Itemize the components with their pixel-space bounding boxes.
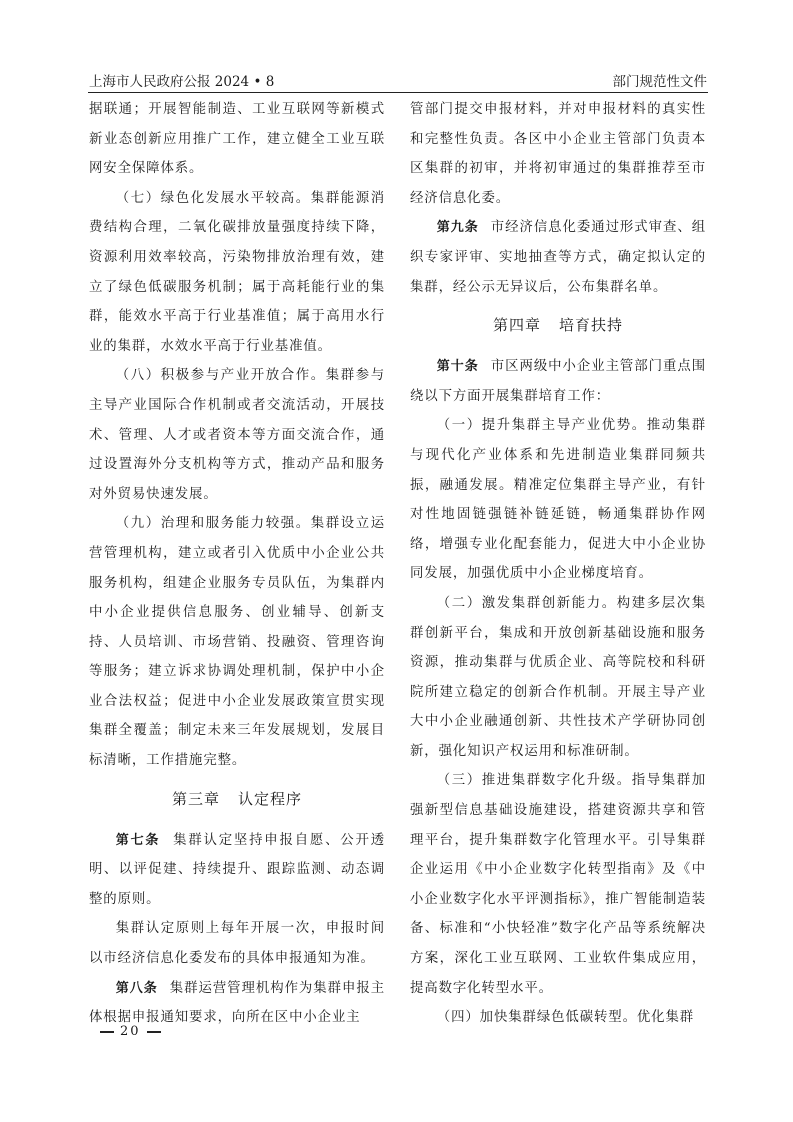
article-9: 第九条市经济信息化委通过形式审查、组织专家评审、实地抽查等方式，确定拟认定的集群… — [410, 213, 706, 302]
article-label: 第九条 — [437, 220, 479, 235]
paragraph-item-9: （九）治理和服务能力较强。集群设立运营管理机构，建立或者引入优质中小企业公共服务… — [89, 509, 385, 775]
paragraph-item-2: （二）激发集群创新能力。构建多层次集群创新平台，集成和开放创新基础设施和服务资源… — [410, 589, 706, 767]
left-column: 据联通；开展智能制造、工业互联网等新模式新业态创新应用推广工作，建立健全工业互联… — [89, 95, 385, 1033]
paragraph: 管部门提交申报材料，并对申报材料的真实性和完整性负责。各区中小企业主管部门负责本… — [410, 95, 706, 213]
article-label: 第八条 — [116, 981, 158, 996]
paragraph-item-3: （三）推进集群数字化升级。指导集群加强新型信息基础设施建设，搭建资源共享和管理平… — [410, 766, 706, 1003]
header-rule — [88, 92, 708, 93]
right-column: 管部门提交申报材料，并对申报材料的真实性和完整性负责。各区中小企业主管部门负责本… — [410, 95, 706, 1033]
paragraph: 据联通；开展智能制造、工业互联网等新模式新业态创新应用推广工作，建立健全工业互联… — [89, 95, 385, 184]
paragraph-item-8: （八）积极参与产业开放合作。集群参与主导产业国际合作机制或者交流活动，开展技术、… — [89, 361, 385, 509]
chapter-title: 培育扶持 — [559, 316, 623, 334]
paragraph-item-7: （七）绿色化发展水平较高。集群能源消费结构合理，二氧化碳排放量强度持续下降，资源… — [89, 184, 385, 362]
publication-title: 上海市人民政府公报 2024 • 8 — [89, 70, 274, 90]
article-10: 第十条市区两级中小企业主管部门重点围绕以下方面开展集群培育工作： — [410, 352, 706, 411]
article-label: 第十条 — [437, 359, 479, 374]
running-header: 上海市人民政府公报 2024 • 8 部门规范性文件 — [89, 66, 707, 92]
dash-decoration — [147, 1031, 161, 1033]
chapter-number: 第四章 — [493, 316, 541, 334]
paragraph-item-1: （一）提升集群主导产业优势。推动集群与现代化产业体系和先进制造业集群同频共振，融… — [410, 411, 706, 589]
chapter-number: 第三章 — [172, 790, 220, 808]
dash-decoration — [100, 1031, 114, 1033]
page-number-text: 20 — [120, 1024, 141, 1039]
article-label: 第七条 — [116, 833, 160, 848]
chapter-title: 认定程序 — [238, 790, 302, 808]
chapter-heading-3: 第三章认定程序 — [89, 782, 385, 816]
chapter-heading-4: 第四章培育扶持 — [410, 308, 706, 342]
article-7: 第七条集群认定坚持申报自愿、公开透明、以评促建、持续提升、跟踪监测、动态调整的原… — [89, 826, 385, 915]
section-title: 部门规范性文件 — [613, 70, 708, 90]
paragraph-item-4: （四）加快集群绿色低碳转型。优化集群 — [410, 1003, 706, 1033]
page-number: 20 — [94, 1024, 167, 1039]
paragraph: 集群认定原则上每年开展一次，申报时间以市经济信息化委发布的具体申报通知为准。 — [89, 914, 385, 973]
